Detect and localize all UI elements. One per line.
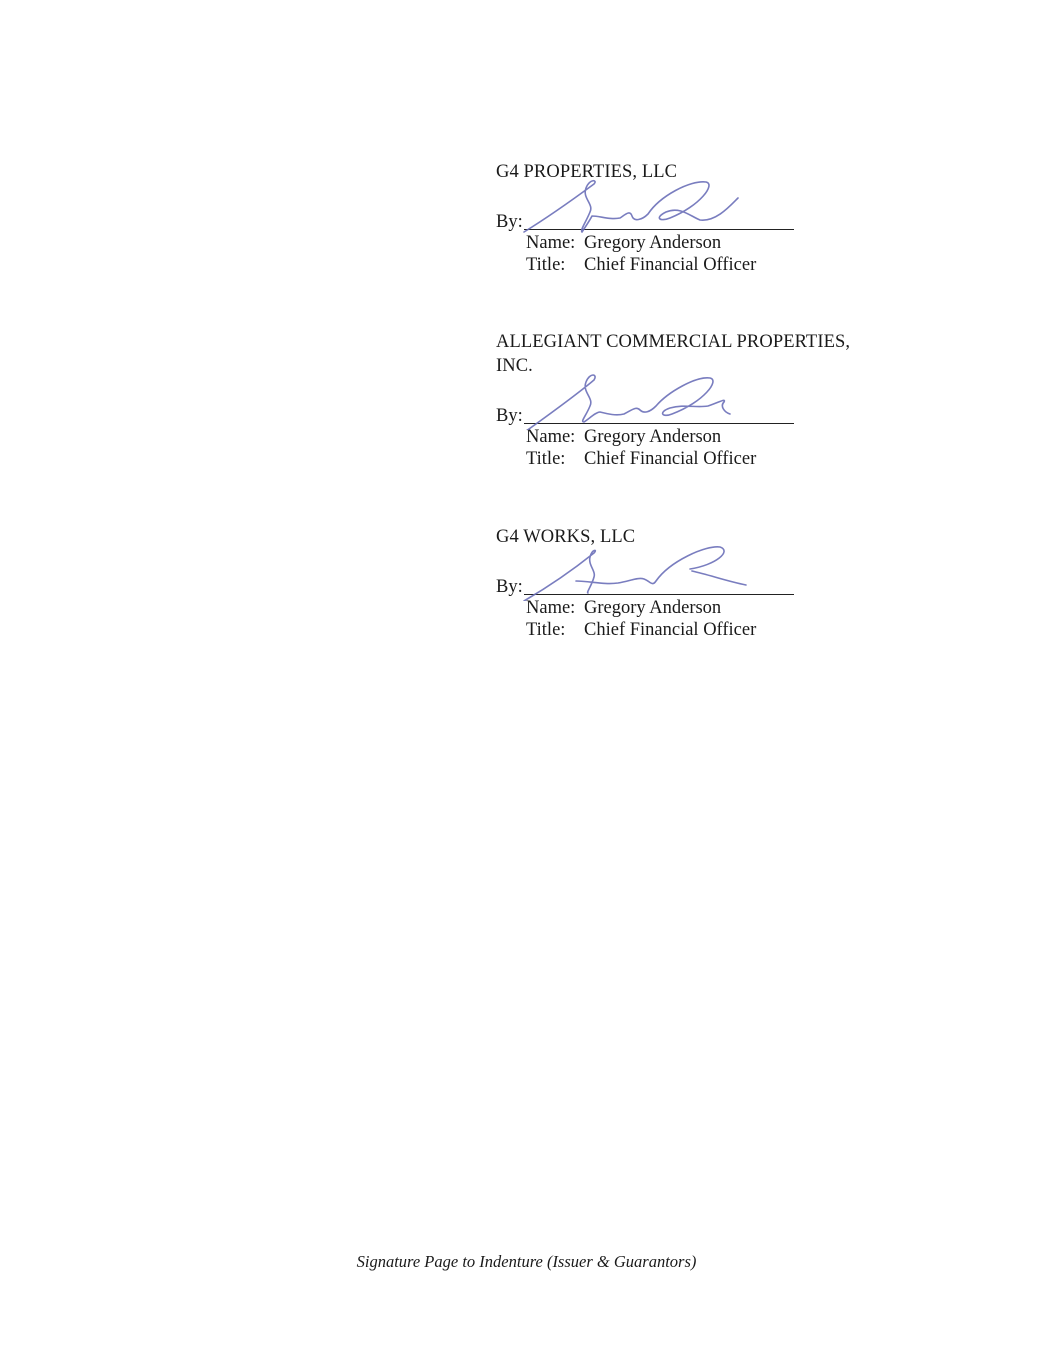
by-label: By: [496,406,523,426]
signature-row: By: [496,382,916,426]
signer-title: Chief Financial Officer [584,620,756,640]
title-label: Title: [526,448,584,470]
signer-name: Gregory Anderson [584,233,721,253]
handwritten-signature-icon [520,541,750,601]
signer-title: Chief Financial Officer [584,255,756,275]
signature-row: By: [496,188,916,232]
handwritten-signature-icon [520,370,750,430]
signature-block-allegiant: ALLEGIANT COMMERCIAL PROPERTIES, INC. By… [496,330,916,470]
signature-block-g4-properties: G4 PROPERTIES, LLC By: Name:Gregory Ande… [496,160,916,276]
signature-row: By: [496,553,916,597]
by-label: By: [496,577,523,597]
signer-title-row: Title:Chief Financial Officer [526,448,916,470]
page-footer: Signature Page to Indenture (Issuer & Gu… [0,1252,1055,1272]
title-label: Title: [526,254,584,276]
signer-title-row: Title:Chief Financial Officer [526,619,916,641]
title-label: Title: [526,619,584,641]
handwritten-signature-icon [520,176,750,236]
by-label: By: [496,212,523,232]
signer-name: Gregory Anderson [584,427,721,447]
signer-title: Chief Financial Officer [584,449,756,469]
signature-block-g4-works: G4 WORKS, LLC By: Name:Gregory Anderson … [496,525,916,641]
signer-title-row: Title:Chief Financial Officer [526,254,916,276]
signer-name: Gregory Anderson [584,598,721,618]
